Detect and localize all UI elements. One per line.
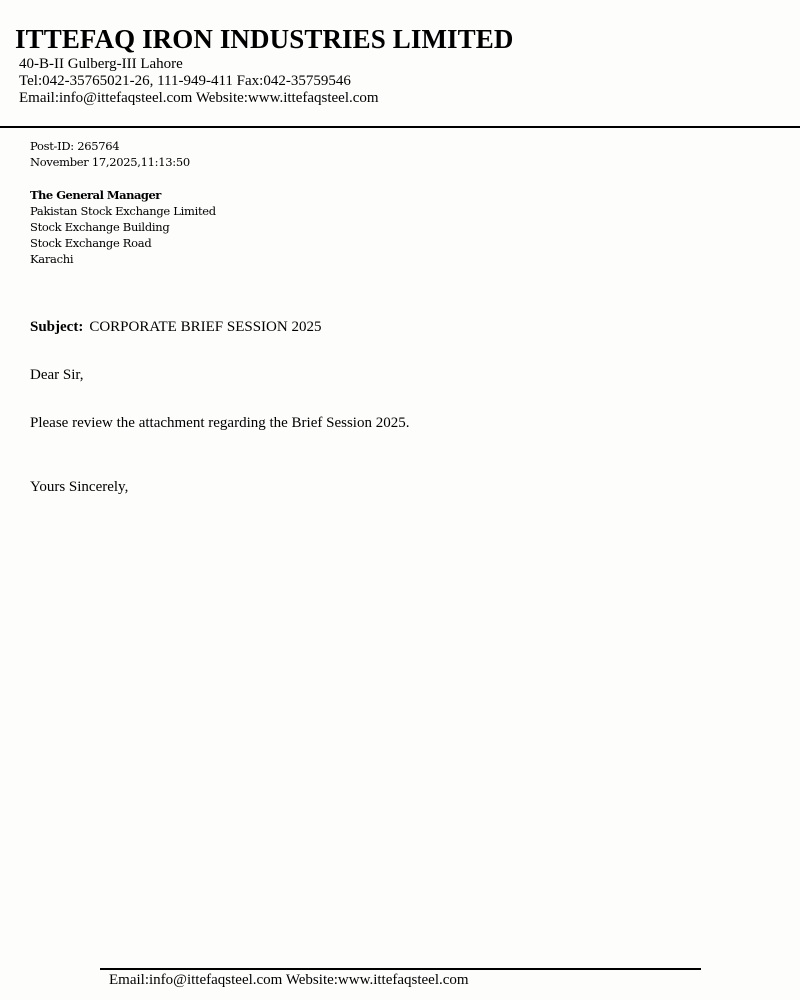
recipient-block: The General Manager Pakistan Stock Excha… (30, 187, 216, 267)
closing: Yours Sincerely, (30, 478, 128, 496)
salutation: Dear Sir, (30, 366, 84, 384)
subject-line: Subject:CORPORATE BRIEF SESSION 2025 (30, 318, 321, 336)
recipient-line: Stock Exchange Building (30, 219, 216, 235)
letterhead: ITTEFAQ IRON INDUSTRIES LIMITED 40-B-II … (15, 22, 513, 107)
post-id: Post-ID: 265764 (30, 138, 190, 154)
post-datetime: November 17,2025,11:13:50 (30, 154, 190, 170)
company-email-website: Email:info@ittefaqsteel.com Website:www.… (19, 90, 513, 107)
recipient-title: The General Manager (30, 187, 216, 203)
recipient-line: Karachi (30, 251, 216, 267)
subject-text: CORPORATE BRIEF SESSION 2025 (89, 319, 321, 335)
subject-label: Subject: (30, 319, 83, 335)
letter-body: Please review the attachment regarding t… (30, 414, 409, 432)
company-address: 40-B-II Gulberg-III Lahore (19, 56, 513, 73)
recipient-line: Stock Exchange Road (30, 235, 216, 251)
footer-email-website: Email:info@ittefaqsteel.com Website:www.… (109, 971, 469, 989)
header-divider (0, 126, 800, 128)
footer-divider (100, 968, 701, 970)
recipient-line: Pakistan Stock Exchange Limited (30, 203, 216, 219)
post-meta: Post-ID: 265764 November 17,2025,11:13:5… (30, 138, 190, 170)
company-name: ITTEFAQ IRON INDUSTRIES LIMITED (15, 22, 513, 56)
company-phone-fax: Tel:042-35765021-26, 111-949-411 Fax:042… (19, 73, 513, 90)
